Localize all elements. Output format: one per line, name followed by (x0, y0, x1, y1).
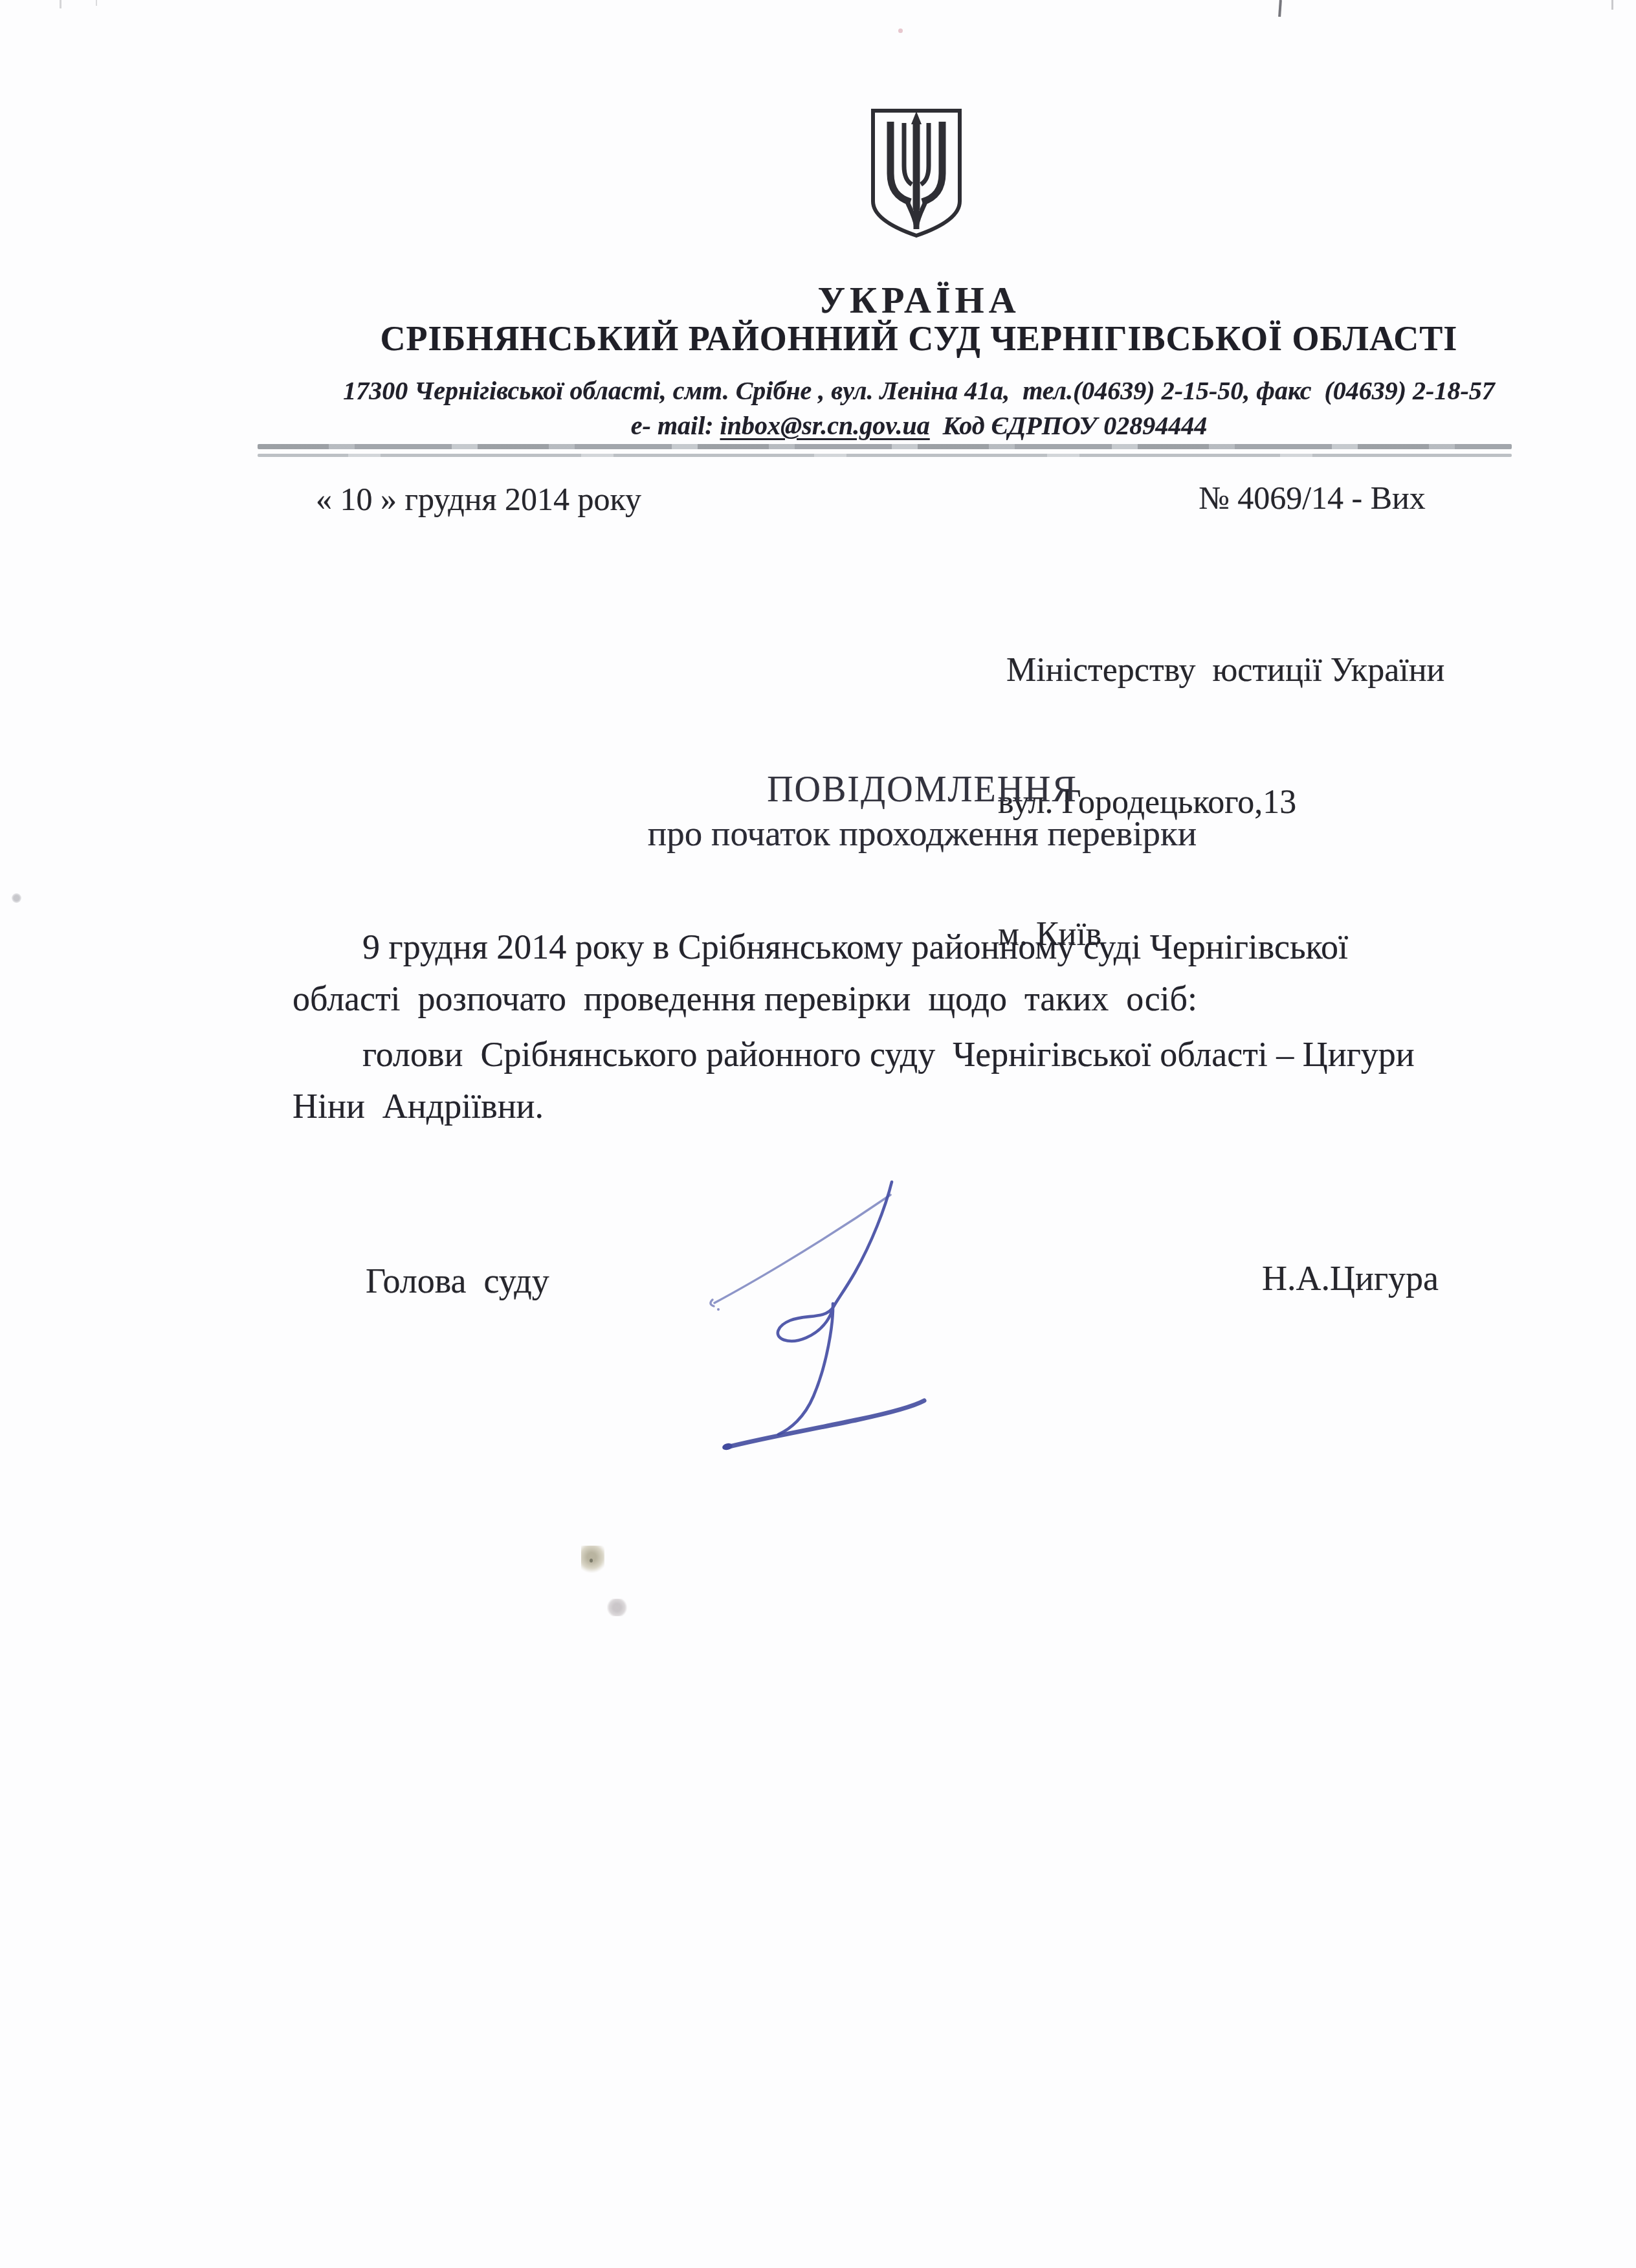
scan-speck (581, 1546, 604, 1573)
scan-speck (12, 893, 21, 903)
email-label: e- mail: (631, 411, 720, 440)
outgoing-number: № 4069/14 - Вих (1199, 479, 1426, 517)
notice-title: ПОВІДОМЛЕННЯ (767, 769, 1078, 810)
scan-speck (60, 0, 61, 8)
signatory-role: Голова суду (366, 1261, 549, 1301)
scanned-court-letter: УКРАЇНА СРІБНЯНСЬКИЙ РАЙОННИЙ СУД ЧЕРНІГ… (0, 0, 1636, 2268)
header-divider-bottom (258, 454, 1512, 457)
court-address-line: 17300 Чернігівської області, смт. Срібне… (343, 375, 1494, 406)
court-contact-line: e- mail: inbox@sr.cn.gov.ua Код ЄДРПОУ 0… (631, 410, 1207, 441)
recipient-line: Міністерству юстиції України (998, 649, 1444, 693)
handwritten-signature (702, 1173, 932, 1461)
notice-subtitle: про початок проходження перевірки (648, 813, 1197, 854)
court-name: СРІБНЯНСЬКИЙ РАЙОННИЙ СУД ЧЕРНІГІВСЬКОЇ … (381, 318, 1458, 359)
body-paragraph1-line2: області розпочато проведення перевірки щ… (293, 979, 1197, 1019)
body-paragraph1-line1: 9 грудня 2014 року в Срібнянському район… (362, 927, 1348, 967)
country-title: УКРАЇНА (817, 278, 1020, 322)
ukraine-trident-icon (868, 106, 965, 241)
scan-speck (96, 0, 97, 6)
scan-speck (607, 1599, 627, 1616)
scan-speck (1611, 0, 1613, 10)
edrpou-code: Код ЄДРПОУ 02894444 (930, 411, 1207, 440)
header-divider-top (258, 444, 1512, 449)
body-paragraph2-line1: голови Срібнянського районного суду Черн… (362, 1034, 1415, 1074)
scan-speck (898, 28, 903, 33)
scan-speck (1278, 0, 1282, 17)
signatory-name: Н.А.Цигура (1262, 1258, 1439, 1298)
body-paragraph2-line2: Ніни Андріївни. (293, 1086, 544, 1126)
email-address: inbox@sr.cn.gov.ua (720, 411, 930, 440)
letter-date: « 10 » грудня 2014 року (316, 480, 641, 518)
